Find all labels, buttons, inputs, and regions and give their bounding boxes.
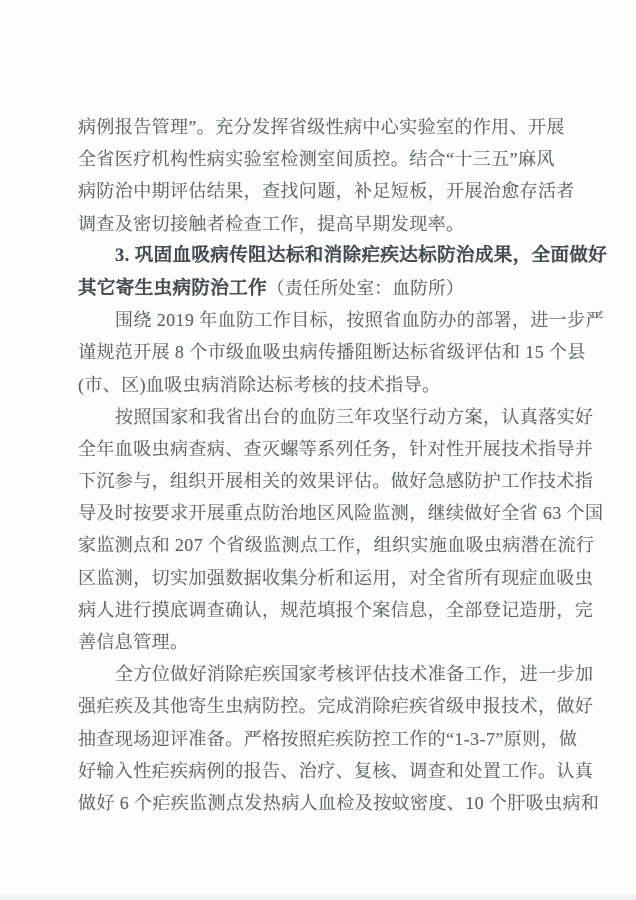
body-line: 区监测，切实加强数据收集分析和运用，对全省所有现症血吸虫 [78, 562, 598, 594]
body-line: 好输入性疟疾病例的报告、治疗、复核、调查和处置工作。认真 [78, 755, 598, 787]
body-line: 病防治中期评估结果，查找问题，补足短板，开展治愈存活者 [78, 175, 598, 207]
body-line: 强疟疾及其他寄生虫病防控。完成消除疟疾省级申报技术，做好 [78, 690, 598, 722]
body-line: 谨规范开展 8 个市级血吸虫病传播阻断达标省级评估和 15 个县 [78, 336, 598, 368]
document-text-block: 病例报告管理”。充分发挥省级性病中心实验室的作用、开展 全省医疗机构性病实验室检… [78, 111, 598, 819]
body-line: 全方位做好消除疟疾国家考核评估技术准备工作，进一步加 [78, 658, 598, 690]
body-line: 抽查现场迎评准备。严格按照疟疾防控工作的“1-3-7”原则，做 [78, 723, 598, 755]
body-line: 下沉参与，组织开展相关的效果评估。做好急感防护工作技术指 [78, 465, 598, 497]
body-line: 全年血吸虫病查病、查灭螺等系列任务，针对性开展技术指导并 [78, 433, 598, 465]
body-line: 善信息管理。 [78, 626, 598, 658]
body-line: 做好 6 个疟疾监测点发热病人血检及按蚊密度、10 个肝吸虫病和 [78, 787, 598, 819]
section-3-heading-line-2: 其它寄生虫病防治工作（责任所处室：血防所） [78, 272, 598, 304]
body-line: 全省医疗机构性病实验室检测室间质控。结合“十三五”麻风 [78, 143, 598, 175]
body-line: 病人进行摸底调查确认，规范填报个案信息，全部登记造册，完 [78, 594, 598, 626]
body-line: 按照国家和我省出台的血防三年攻坚行动方案，认真落实好 [78, 401, 598, 433]
responsible-office-note: （责任所处室：血防所） [267, 278, 464, 298]
body-line: 家监测点和 207 个省级监测点工作，组织实施血吸虫病潜在流行 [78, 529, 598, 561]
section-3-heading-line-1: 3. 巩固血吸病传阻达标和消除疟疾达标防治成果，全面做好 [78, 240, 598, 272]
section-3-heading-text: 其它寄生虫病防治工作 [78, 279, 267, 299]
body-line: 围绕 2019 年血防工作目标，按照省血防办的部署，进一步严 [78, 304, 598, 336]
document-page: 病例报告管理”。充分发挥省级性病中心实验室的作用、开展 全省医疗机构性病实验室检… [0, 0, 636, 900]
body-line: (市、区)血吸虫病消除达标考核的技术指导。 [78, 369, 598, 401]
body-line: 导及时按要求开展重点防治地区风险监测，继续做好全省 63 个国 [78, 497, 598, 529]
scan-bottom-edge-shadow [0, 895, 636, 900]
body-line: 调查及密切接触者检查工作，提高早期发现率。 [78, 208, 598, 240]
body-line: 病例报告管理”。充分发挥省级性病中心实验室的作用、开展 [78, 111, 598, 143]
